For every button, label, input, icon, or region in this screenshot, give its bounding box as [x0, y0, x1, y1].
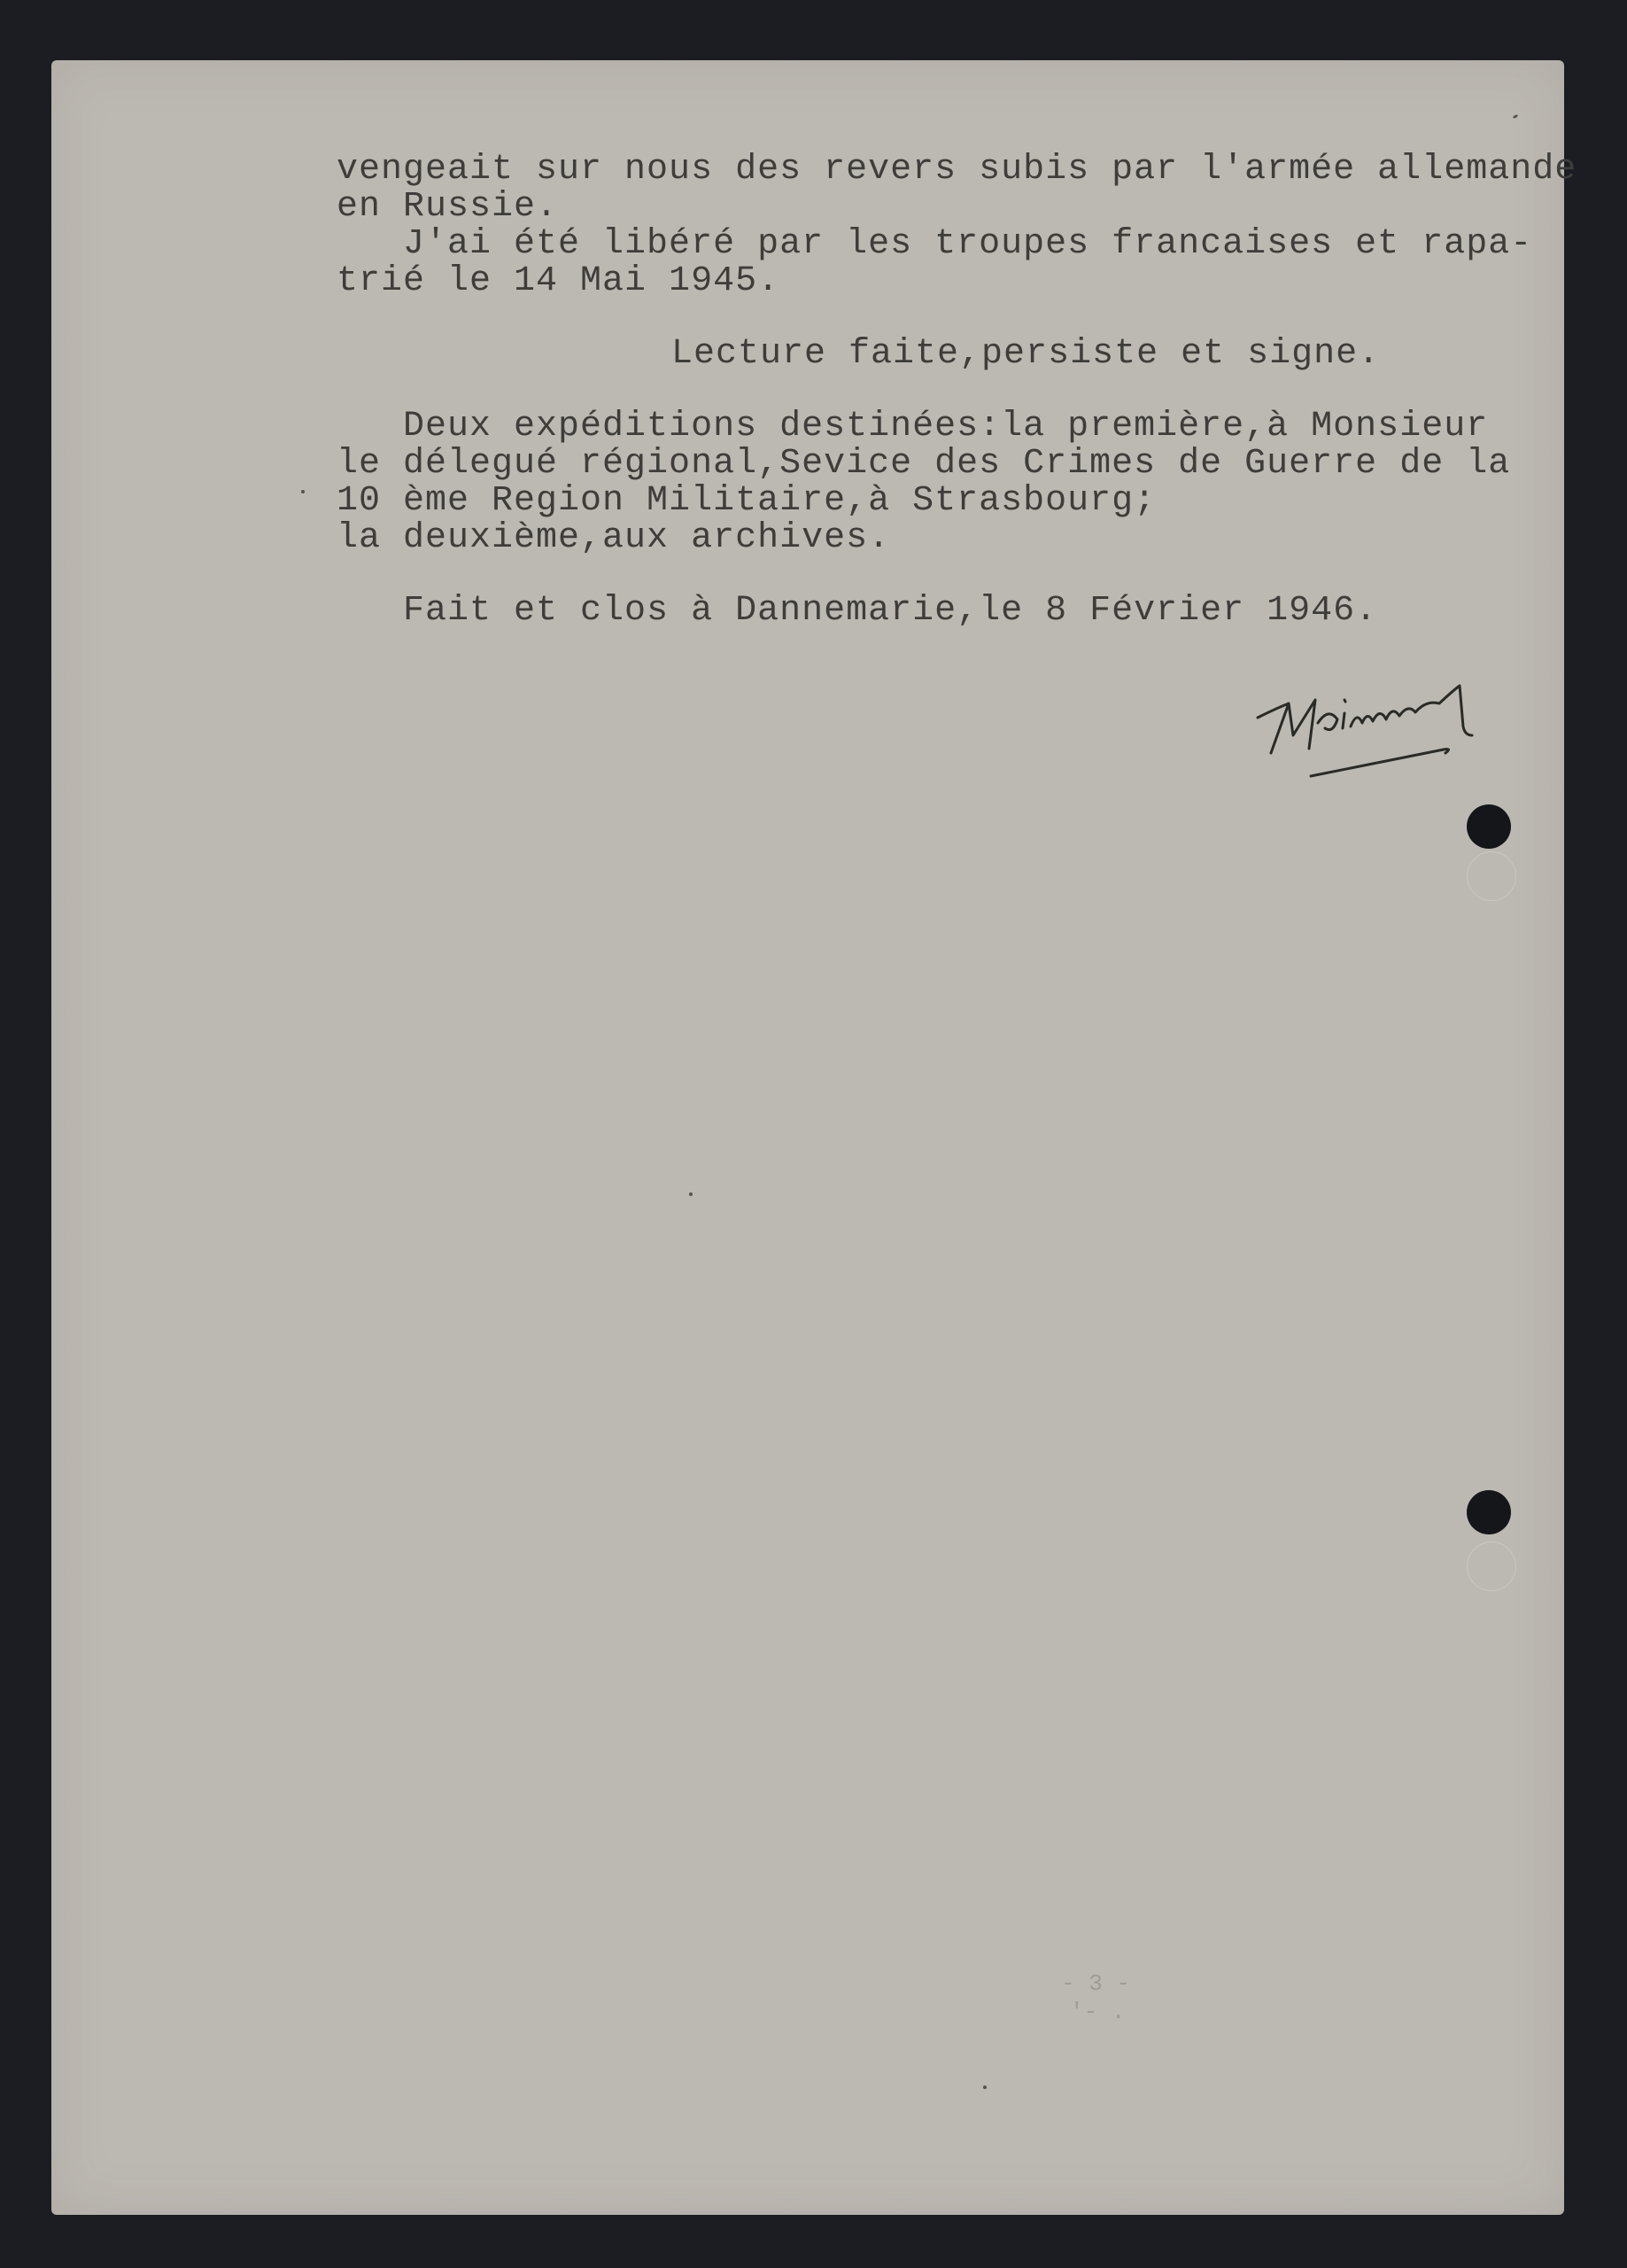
place-date-line: Fait et clos à Dannemarie,le 8 Février 1… [337, 594, 1377, 629]
handwritten-signature [1240, 664, 1506, 788]
paper-speck [689, 1192, 693, 1196]
text-line-8: 10 ème Region Militaire,à Strasbourg; [337, 484, 1156, 519]
text-line-4: trié le 14 Mai 1945. [337, 264, 779, 299]
text-line-1: vengeait sur nous des revers subis par l… [337, 152, 1577, 188]
punch-hole-upper [1467, 804, 1511, 849]
text-line-9: la deuxième,aux archives. [337, 521, 890, 556]
paper-speck [983, 2085, 987, 2089]
bleed-through-mark-1: - 3 - [1061, 1970, 1130, 1997]
paper-speck [301, 490, 305, 493]
bleed-through-mark-2: '- . [1070, 1999, 1125, 2025]
paper-speck [1513, 114, 1519, 120]
text-line-3: J'ai été libéré par les troupes francais… [337, 227, 1532, 262]
punch-hole-ring-lower [1467, 1542, 1516, 1591]
text-line-2: en Russie. [337, 190, 558, 225]
text-line-7: le délegué régional,Sevice des Crimes de… [337, 447, 1510, 482]
punch-hole-lower [1467, 1490, 1511, 1534]
punch-hole-ring-upper [1467, 851, 1516, 901]
closing-formula: Lecture faite,persiste et signe. [671, 337, 1380, 372]
text-line-6: Deux expéditions destinées:la première,à… [337, 409, 1488, 445]
document-page: vengeait sur nous des revers subis par l… [51, 60, 1564, 2215]
